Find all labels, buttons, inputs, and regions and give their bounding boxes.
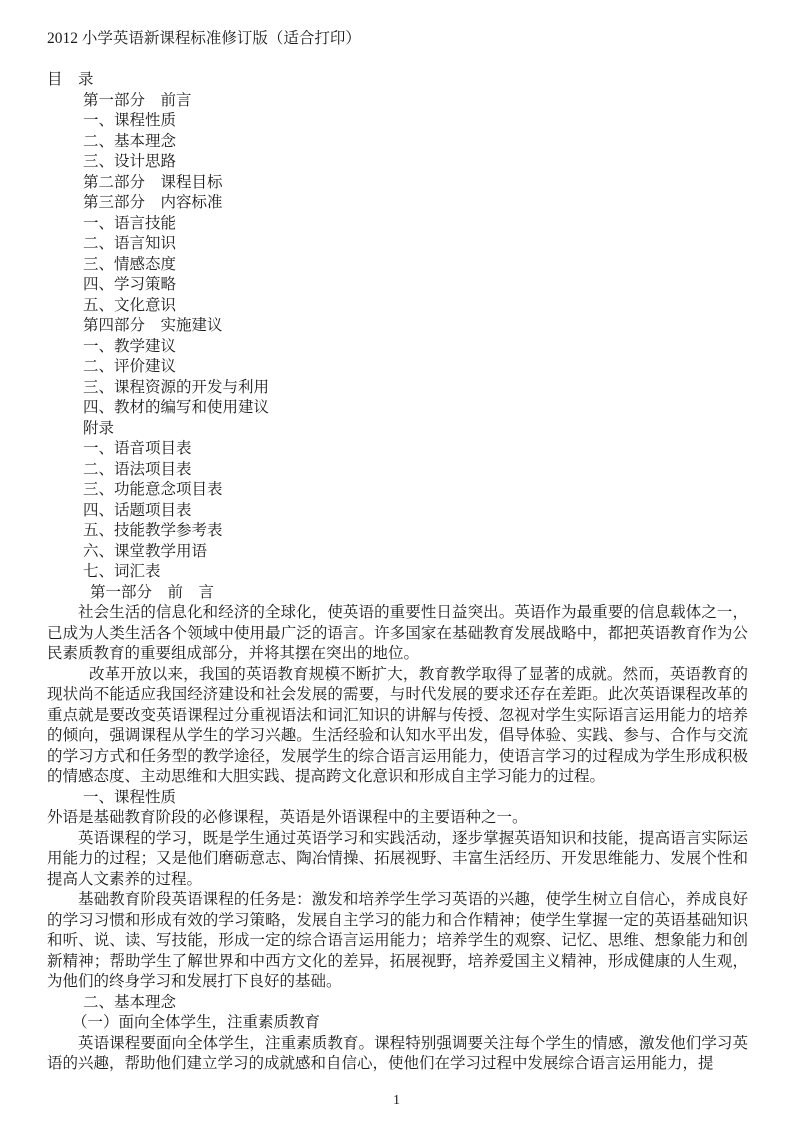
paragraph: 改革开放以来，我国的英语教育规模不断扩大，教育教学取得了显著的成就。然而，英语教… — [47, 665, 748, 788]
toc-item: 四、话题项目表 — [47, 501, 748, 522]
table-of-contents: 目 录 第一部分 前言 一、课程性质 二、基本理念 三、设计思路 第二部分 课程… — [47, 70, 748, 583]
toc-item: 三、设计思路 — [47, 152, 748, 173]
toc-item: 一、课程性质 — [47, 111, 748, 132]
subsection-heading: 二、基本理念 — [47, 993, 748, 1014]
paragraph: 英语课程要面向全体学生，注重素质教育。课程特别强调要关注每个学生的情感，激发他们… — [47, 1034, 748, 1075]
paragraph: 社会生活的信息化和经济的全球化，使英语的重要性日益突出。英语作为最重要的信息载体… — [47, 603, 748, 665]
toc-item: 四、学习策略 — [47, 275, 748, 296]
toc-item: 三、课程资源的开发与利用 — [47, 378, 748, 399]
toc-item: 第二部分 课程目标 — [47, 173, 748, 194]
toc-item-appendix: 附录 — [47, 419, 748, 440]
section-heading: 第一部分 前 言 — [47, 583, 748, 604]
toc-item: 四、教材的编写和使用建议 — [47, 398, 748, 419]
toc-item: 六、课堂教学用语 — [47, 542, 748, 563]
toc-item: 一、语言技能 — [47, 214, 748, 235]
toc-item: 第一部分 前言 — [47, 91, 748, 112]
toc-item: 三、功能意念项目表 — [47, 480, 748, 501]
paragraph: 英语课程的学习，既是学生通过英语学习和实践活动，逐步掌握英语知识和技能，提高语言… — [47, 829, 748, 891]
toc-item: 五、技能教学参考表 — [47, 521, 748, 542]
toc-item: 二、评价建议 — [47, 357, 748, 378]
document-page: 2012 小学英语新课程标准修订版（适合打印） 目 录 第一部分 前言 一、课程… — [0, 0, 793, 1122]
toc-item: 第三部分 内容标准 — [47, 193, 748, 214]
toc-item: 一、语音项目表 — [47, 439, 748, 460]
toc-heading: 目 录 — [47, 70, 748, 91]
toc-item: 五、文化意识 — [47, 296, 748, 317]
toc-item: 七、词汇表 — [47, 562, 748, 583]
toc-item: 二、语法项目表 — [47, 460, 748, 481]
paragraph: 外语是基础教育阶段的必修课程，英语是外语课程中的主要语种之一。 — [47, 808, 748, 829]
toc-item: 一、教学建议 — [47, 337, 748, 358]
document-body: 第一部分 前 言 社会生活的信息化和经济的全球化，使英语的重要性日益突出。英语作… — [47, 583, 748, 1075]
document-title: 2012 小学英语新课程标准修订版（适合打印） — [47, 29, 748, 50]
toc-item: 第四部分 实施建议 — [47, 316, 748, 337]
subsection-heading: 一、课程性质 — [47, 788, 748, 809]
toc-item: 二、基本理念 — [47, 132, 748, 153]
page-content: 2012 小学英语新课程标准修订版（适合打印） 目 录 第一部分 前言 一、课程… — [0, 0, 793, 1075]
page-number: 1 — [0, 1093, 793, 1109]
subsection-heading: （一）面向全体学生，注重素质教育 — [47, 1013, 748, 1034]
toc-item: 二、语言知识 — [47, 234, 748, 255]
toc-item: 三、情感态度 — [47, 255, 748, 276]
paragraph: 基础教育阶段英语课程的任务是：激发和培养学生学习英语的兴趣，使学生树立自信心，养… — [47, 890, 748, 993]
